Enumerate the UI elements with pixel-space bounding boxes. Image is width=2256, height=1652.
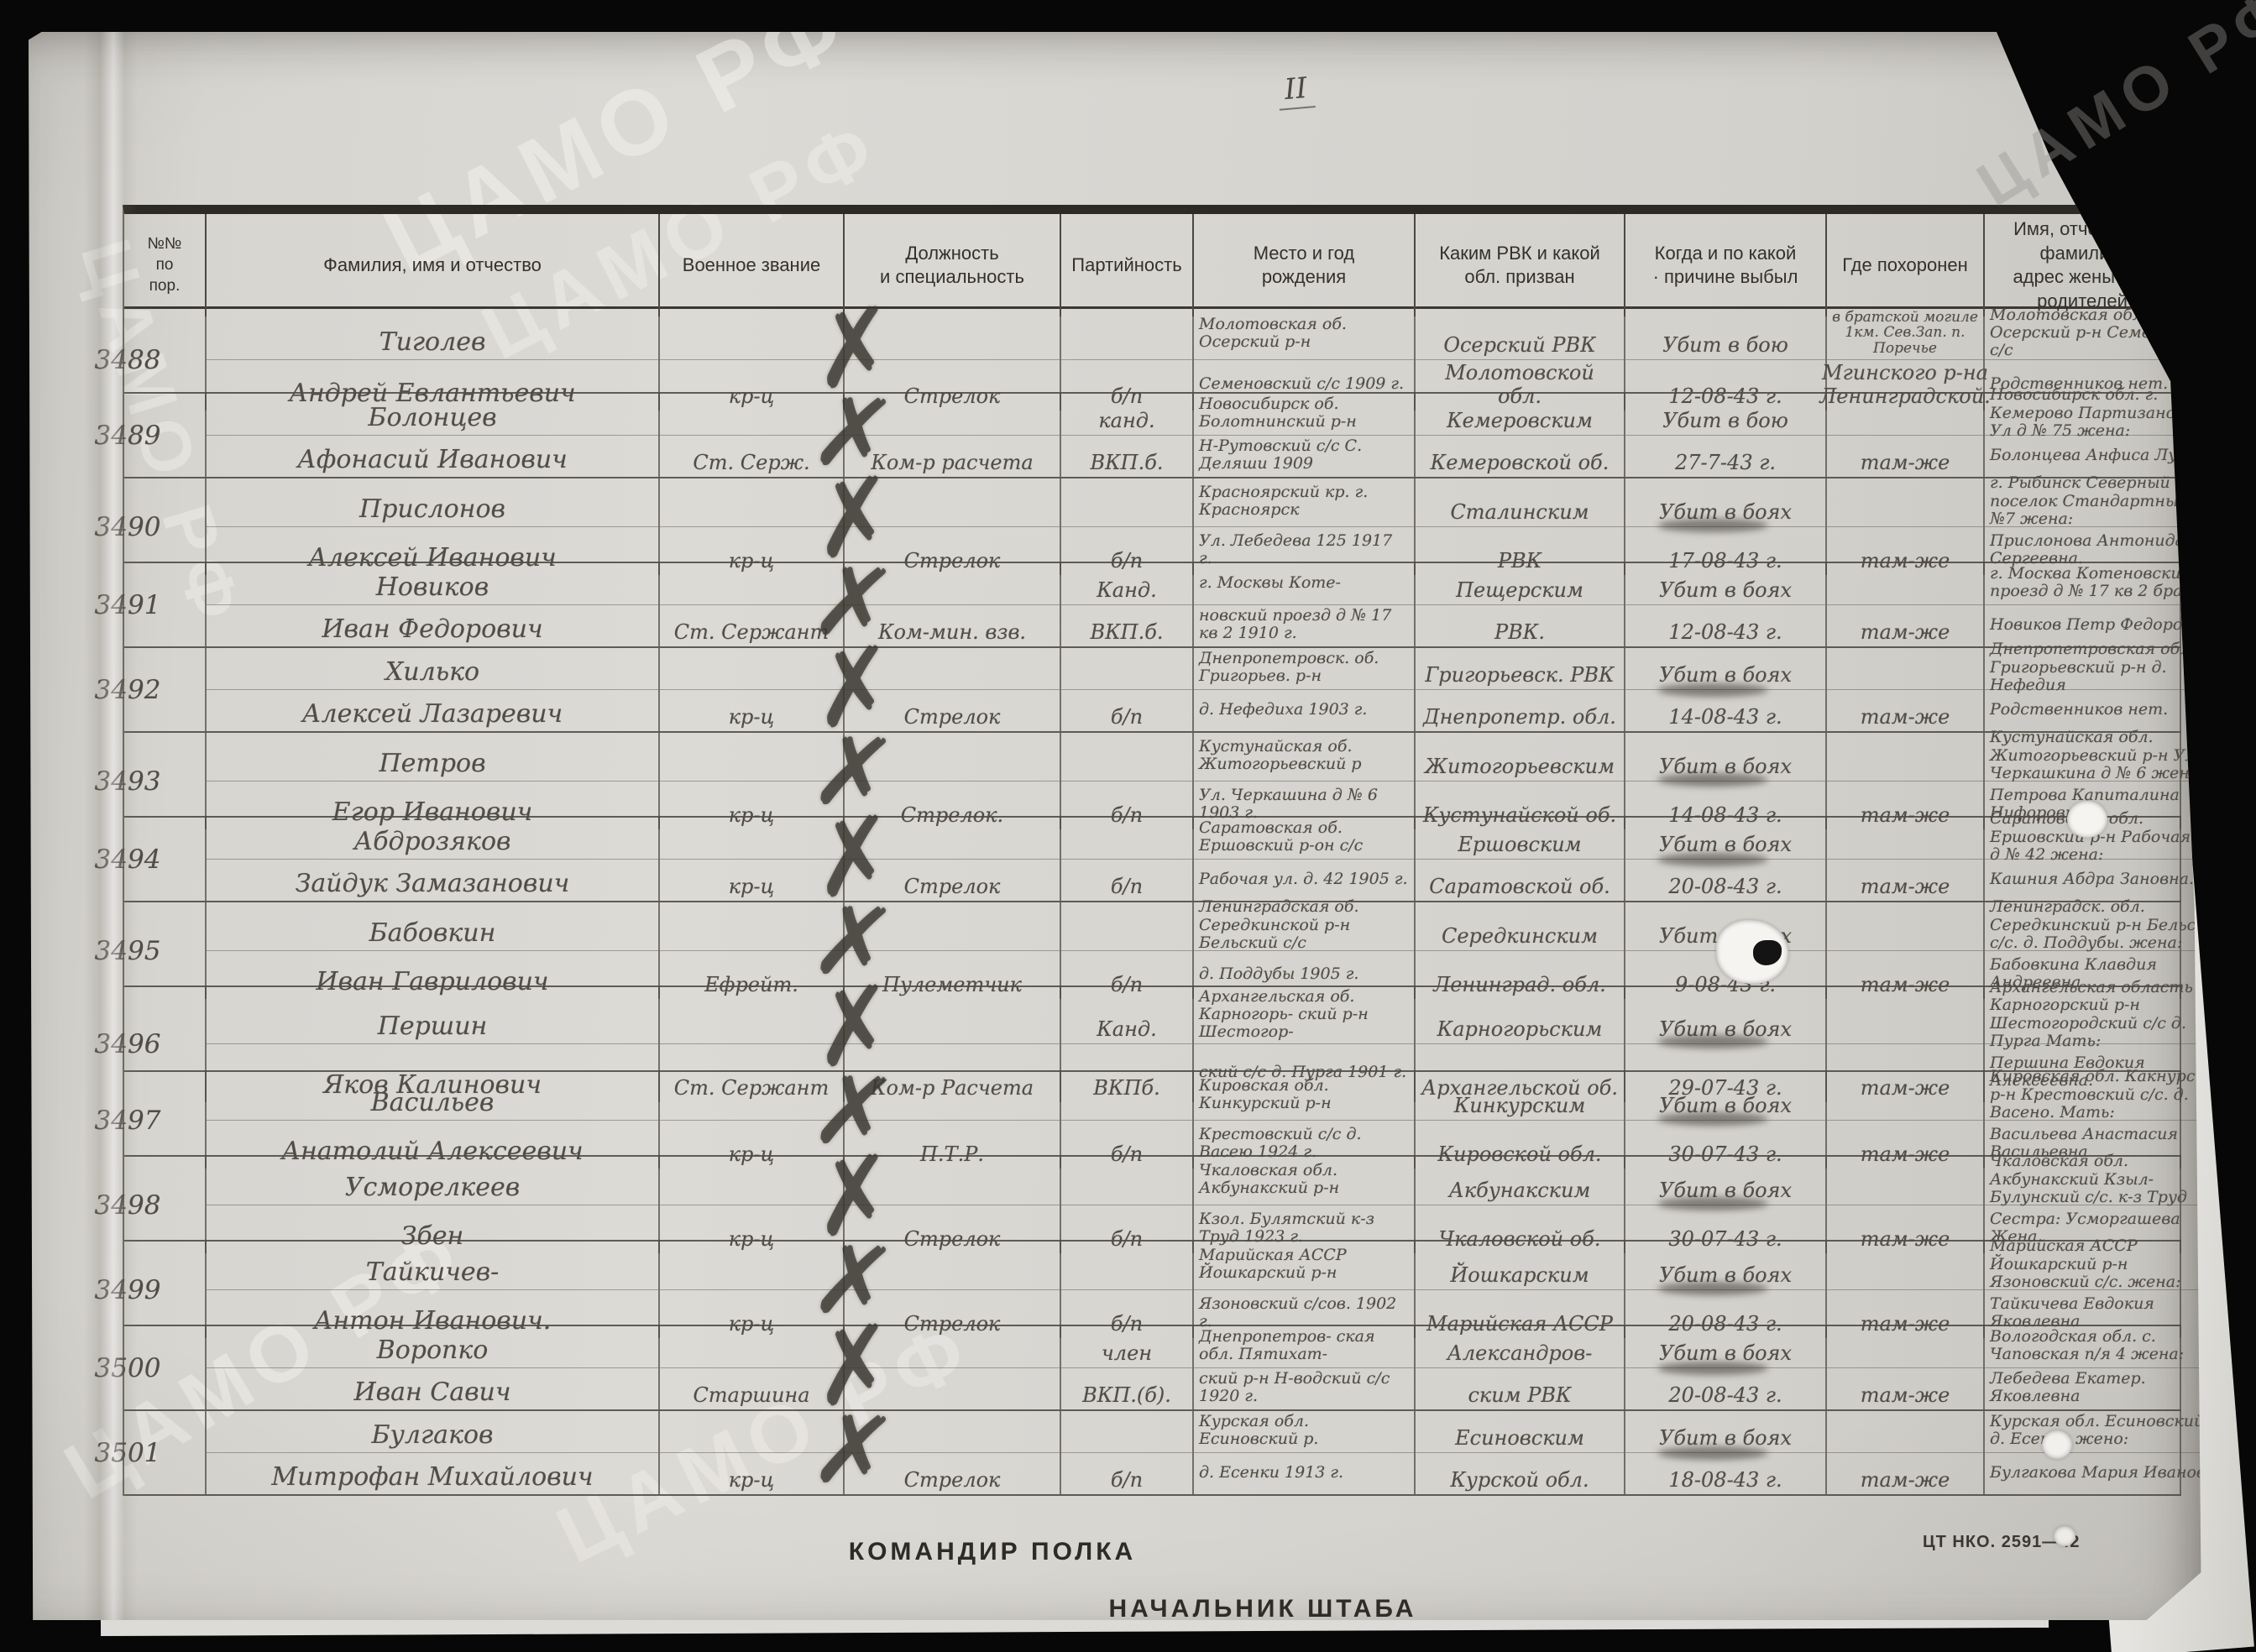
burial-line1: [1827, 733, 1983, 782]
family-line1: Саратовская обл. Ершовский р-н Рабочая У…: [1985, 818, 2234, 860]
row-number-cell: 3500: [124, 1326, 207, 1409]
party-line2: ВКП.б.: [1061, 605, 1192, 647]
name-cell: Тайкичев- Антон Иванович.: [207, 1242, 660, 1338]
footer-commander-label: КОМАНДИР ПОЛКА: [757, 1538, 1227, 1566]
table-row: 3490 Прислонов Алексей Иванович кр-ц ✗ С…: [124, 478, 2181, 563]
pencil-smudge: [1657, 853, 1768, 866]
name-cell: Новиков Иван Федорович: [207, 563, 660, 646]
rank: Ст. Сержант: [660, 605, 843, 647]
party-line1: [1061, 1072, 1192, 1121]
rvk-line1: Александров-: [1416, 1326, 1624, 1368]
birthplace-line1: Архангельская об. Карногорь- ский р-н Ше…: [1194, 987, 1414, 1044]
position-cell: ✗ Стрелок: [845, 1242, 1061, 1338]
birthplace-cell: Красноярский кр. г. Красноярск Ул. Лебед…: [1194, 478, 1416, 575]
surname: Булгаков: [207, 1411, 658, 1453]
birthplace-line1: Курская обл. Есиновский р.: [1194, 1411, 1414, 1453]
row-number-cell: 3490: [124, 478, 207, 575]
rvk-line2: Курской обл.: [1416, 1453, 1624, 1495]
party-cell: б/п: [1061, 1242, 1194, 1338]
punch-hole: [2055, 133, 2092, 166]
party-cell: б/п: [1061, 648, 1194, 731]
name-cell: Булгаков Митрофан Михайлович: [207, 1411, 660, 1494]
birthplace-cell: Кустунайская об. Житогорьевский р Ул. Че…: [1194, 733, 1416, 829]
rvk-line1: Житогорьевским: [1416, 733, 1624, 782]
rvk-line1: Пещерским: [1416, 563, 1624, 605]
birthplace-cell: Новосибирск об. Болотнинский р-н Н-Рутов…: [1194, 394, 1416, 477]
rvk-line2: ским РВК: [1416, 1368, 1624, 1410]
position: [845, 1368, 1060, 1410]
birthplace-line1: Саратовская об. Ершовский р-он с/с: [1194, 818, 1414, 860]
rvk-cell: Кинкурским Кировской обл.: [1416, 1072, 1625, 1168]
burial-cell: там-же: [1827, 902, 1985, 999]
row-number: 3494: [95, 844, 161, 875]
family-line2: Лебедева Екатер. Яковлевна: [1985, 1368, 2234, 1410]
surname: Васильев: [207, 1072, 658, 1121]
position-cell: ✗ Пулеметчик: [845, 902, 1061, 999]
family-line1: Чкаловская обл. Акбунакский Кзыл-Булунск…: [1985, 1157, 2234, 1205]
given-name: Зайдук Замазанович: [207, 860, 658, 902]
burial-cell: там-же: [1827, 818, 1985, 901]
birthplace-cell: Ленинградская об. Середкинской р-н Бельс…: [1194, 902, 1416, 999]
party-line1: канд.: [1061, 394, 1192, 436]
row-number-cell: 3495: [124, 902, 207, 999]
birthplace-cell: Днепропетров- ская обл. Пятихат- ский р-…: [1194, 1326, 1416, 1409]
burial-line1: [1827, 648, 1983, 690]
burial-cell: там-же: [1827, 1411, 1985, 1494]
pencil-smudge: [1657, 1446, 1768, 1460]
surname: Першин: [207, 987, 658, 1044]
row-number-cell: 3498: [124, 1157, 207, 1253]
row-number-cell: 3489: [124, 394, 207, 477]
party-cell: Канд. ВКП.б.: [1061, 563, 1194, 646]
column-header: №№ по пор.: [124, 214, 207, 316]
family-line1: Вологодская обл. с. Чаповская п/я 4 жена…: [1985, 1326, 2234, 1368]
row-number: 3493: [95, 766, 161, 797]
burial-cell: там-же: [1827, 1242, 1985, 1338]
surname: Бабовкин: [207, 902, 658, 951]
fate-cell: Убит в боях 14-08-43 г.: [1625, 733, 1827, 829]
party-line2: б/п: [1061, 860, 1192, 902]
family-line1: г. Москва Котеновский проезд д № 17 кв 2…: [1985, 563, 2234, 605]
punch-hole: [2067, 801, 2107, 838]
row-number: 3492: [95, 675, 161, 705]
birthplace-cell: Курская обл. Есиновский р. д. Есенки 191…: [1194, 1411, 1416, 1494]
birthplace-line1: Кустунайская об. Житогорьевский р: [1194, 733, 1414, 782]
row-number: 3489: [95, 421, 161, 451]
rvk-line2: РВК.: [1416, 605, 1624, 647]
column-header: Место и год рождения: [1194, 214, 1416, 316]
party-line1: [1061, 478, 1192, 527]
surname: Хилько: [207, 648, 658, 690]
column-header: Каким РВК и какой обл. призван: [1416, 214, 1625, 316]
name-cell: Хилько Алексей Лазаревич: [207, 648, 660, 731]
surname: Прислонов: [207, 478, 658, 527]
surname: Воропко: [207, 1326, 658, 1368]
family-cell: Вологодская обл. с. Чаповская п/я 4 жена…: [1985, 1326, 2181, 1409]
party-line1: [1061, 1157, 1192, 1205]
table-header-row: №№ по пор.Фамилия, имя и отчествоВоенное…: [124, 214, 2181, 309]
punch-hole: [2042, 1430, 2072, 1459]
rank-cell: кр-ц: [660, 818, 845, 901]
row-number-cell: 3491: [124, 563, 207, 646]
burial-line2: там-же: [1827, 605, 1983, 647]
rvk-cell: Сталинским РВК: [1416, 478, 1625, 575]
surname: Новиков: [207, 563, 658, 605]
burial-cell: там-же: [1827, 1072, 1985, 1168]
row-number-cell: 3501: [124, 1411, 207, 1494]
row-number: 3495: [95, 936, 161, 966]
row-number-cell: 3494: [124, 818, 207, 901]
fate-cell: Убит в боях 20-08-43 г.: [1625, 1326, 1827, 1409]
table-row: 3500 Воропко Иван Савич Старшина ✗ член …: [124, 1326, 2181, 1411]
fate-cell: Убит в боях 18-08-43 г.: [1625, 1411, 1827, 1494]
fate-line2: 27-7-43 г.: [1625, 436, 1825, 478]
row-number: 3499: [95, 1275, 161, 1305]
party-line1: [1061, 1242, 1192, 1290]
position-cell: ✗ Стрелок: [845, 648, 1061, 731]
name-cell: Васильев Анатолий Алексеевич: [207, 1072, 660, 1168]
party-cell: б/п: [1061, 1157, 1194, 1253]
row-number: 3497: [95, 1106, 161, 1136]
table-row: 3496 Першин Яков Калинович Ст. Сержант ✗…: [124, 987, 2181, 1072]
rvk-line1: Есиновским: [1416, 1411, 1624, 1453]
burial-line1: [1827, 1242, 1983, 1290]
name-cell: Петров Егор Иванович: [207, 733, 660, 829]
rank-cell: Ефрейт.: [660, 902, 845, 999]
family-line1: Днепропетровская обл. Григорьевский р-н …: [1985, 648, 2234, 690]
fate-cell: Убит в боях 30-07-43 г.: [1625, 1072, 1827, 1168]
rvk-line2: Днепропетр. обл.: [1416, 690, 1624, 732]
surname: Тайкичев-: [207, 1242, 658, 1290]
burial-line1: в братской могиле 1км. Сев.Зап. п. Пореч…: [1827, 309, 1983, 360]
rvk-line1: Григорьевск. РВК: [1416, 648, 1624, 690]
rank: кр-ц: [660, 860, 843, 902]
rvk-cell: Пещерским РВК.: [1416, 563, 1625, 646]
position: Стрелок: [845, 1453, 1060, 1495]
fate-line2: 12-08-43 г.: [1625, 605, 1825, 647]
birthplace-line1: Чкаловская обл. Акбунакский р-н: [1194, 1157, 1414, 1205]
rank-cell: кр-ц: [660, 1072, 845, 1168]
burial-line1: [1827, 902, 1983, 951]
row-number: 3498: [95, 1190, 161, 1221]
row-number-cell: 3492: [124, 648, 207, 731]
scanned-page-background: ЦАМО РФ ЦАМО РФ ЦАМО РФ ЦАМО РФ ЦАМО РФ …: [0, 0, 2256, 1652]
rank: Ст. Серж.: [660, 436, 843, 478]
rvk-cell: Григорьевск. РВК Днепропетр. обл.: [1416, 648, 1625, 731]
column-header: Фамилия, имя и отчество: [207, 214, 660, 316]
burial-line1: [1827, 1157, 1983, 1205]
burial-line2: там-же: [1827, 1368, 1983, 1410]
footer-chief-of-staff-label: НАЧАЛЬНИК ШТАБА: [1028, 1595, 1498, 1623]
rvk-cell: Есиновским Курской обл.: [1416, 1411, 1625, 1494]
birthplace-line1: Днепропетровск. об. Григорьев. р-н: [1194, 648, 1414, 690]
row-number: 3491: [95, 590, 161, 620]
party-line1: член: [1061, 1326, 1192, 1368]
rvk-cell: Александров- ским РВК: [1416, 1326, 1625, 1409]
table-row: 3492 Хилько Алексей Лазаревич кр-ц ✗ Стр…: [124, 648, 2181, 733]
party-line1: [1061, 818, 1192, 860]
rvk-line1: Середкинским: [1416, 902, 1624, 951]
party-line1: Канд.: [1061, 563, 1192, 605]
rvk-line1: Осерский РВК: [1416, 309, 1624, 360]
family-line2: Булгакова Мария Ивановна: [1985, 1453, 2234, 1495]
birthplace-cell: Саратовская об. Ершовский р-он с/с Рабоч…: [1194, 818, 1416, 901]
party-line1: [1061, 309, 1192, 360]
family-line1: Марийская АССР Йошкарский р-н Язоновский…: [1985, 1242, 2234, 1290]
name-cell: Абдрозяков Зайдук Замазанович: [207, 818, 660, 901]
position: Ком-р расчета: [845, 436, 1060, 478]
family-cell: Новосибирск обл. г. Кемерово Партизанска…: [1985, 394, 2181, 477]
party-line1: [1061, 733, 1192, 782]
family-cell: Курская обл. Есиновский р. д. Есенки жен…: [1985, 1411, 2181, 1494]
burial-cell: там-же: [1827, 394, 1985, 477]
burial-cell: там-же: [1827, 478, 1985, 575]
family-line1: Кустунайская обл. Житогорьевский р-н Ул.…: [1985, 733, 2234, 782]
burial-line1: [1827, 1411, 1983, 1453]
row-number: 3488: [95, 345, 161, 375]
name-cell: Болонцев Афонасий Иванович: [207, 394, 660, 477]
burial-line1: [1827, 1072, 1983, 1121]
table-row: 3489 Болонцев Афонасий Иванович Ст. Серж…: [124, 394, 2181, 478]
table-row: 3493 Петров Егор Иванович кр-ц ✗ Стрелок…: [124, 733, 2181, 818]
column-header: Военное звание: [660, 214, 845, 316]
rank-cell: кр-ц: [660, 478, 845, 575]
position-cell: ✗ Стрелок: [845, 478, 1061, 575]
row-number: 3501: [95, 1438, 161, 1468]
rvk-cell: Йошкарским Марийская АССР: [1416, 1242, 1625, 1338]
family-line1: г. Рыбинск Северный поселок Стандартный …: [1985, 478, 2234, 527]
party-cell: б/п: [1061, 478, 1194, 575]
table-row: 3494 Абдрозяков Зайдук Замазанович кр-ц …: [124, 818, 2181, 902]
surname: Тиголев: [207, 309, 658, 360]
page-number-mark: II: [1276, 71, 1316, 111]
family-cell: г. Рыбинск Северный поселок Стандартный …: [1985, 478, 2181, 575]
birthplace-line2: ский р-н Н-водский с/с 1920 г.: [1194, 1368, 1414, 1410]
rvk-cell: Ершовским Саратовской об.: [1416, 818, 1625, 901]
burial-line1: [1827, 1326, 1983, 1368]
birthplace-cell: г. Москвы Коте- новский проезд д № 17 кв…: [1194, 563, 1416, 646]
row-number: 3496: [95, 1029, 161, 1059]
column-header: Партийность: [1061, 214, 1194, 316]
position-cell: ✗: [845, 1326, 1061, 1409]
rank-cell: Ст. Сержант: [660, 563, 845, 646]
fate-line1: Убит в бою: [1625, 394, 1825, 436]
burial-line1: [1827, 394, 1983, 436]
rank: кр-ц: [660, 1453, 843, 1495]
birthplace-cell: Днепропетровск. об. Григорьев. р-н д. Не…: [1194, 648, 1416, 731]
position: Стрелок: [845, 690, 1060, 732]
party-cell: член ВКП.(б).: [1061, 1326, 1194, 1409]
birthplace-cell: Чкаловская обл. Акбунакский р-н Кзол. Бу…: [1194, 1157, 1416, 1253]
party-cell: б/п: [1061, 902, 1194, 999]
row-number: 3500: [95, 1353, 161, 1383]
birthplace-line1: Красноярский кр. г. Красноярск: [1194, 478, 1414, 527]
table-row: 3499 Тайкичев- Антон Иванович. кр-ц ✗ Ст…: [124, 1242, 2181, 1326]
table-body: 3488 Тиголев Андрей Евлантьевич кр-ц ✗ С…: [124, 309, 2181, 1496]
pencil-smudge: [1657, 683, 1768, 697]
row-number: 3490: [95, 512, 161, 542]
row-number-cell: 3499: [124, 1242, 207, 1338]
fate-cell: Убит в боях 14-08-43 г.: [1625, 648, 1827, 731]
surname: Усморелкеев: [207, 1157, 658, 1205]
birthplace-line1: Марийская АССР Йошкарский р-н: [1194, 1242, 1414, 1290]
table-row: 3491 Новиков Иван Федорович Ст. Сержант …: [124, 563, 2181, 648]
birthplace-cell: Марийская АССР Йошкарский р-н Язоновский…: [1194, 1242, 1416, 1338]
name-cell: Воропко Иван Савич: [207, 1326, 660, 1409]
rvk-line1: Акбунакским: [1416, 1157, 1624, 1205]
name-cell: Усморелкеев Збен: [207, 1157, 660, 1253]
table-row: 3498 Усморелкеев Збен кр-ц ✗ Стрелок б/п…: [124, 1157, 2181, 1242]
fate-cell: Убит в боях 12-08-43 г.: [1625, 563, 1827, 646]
burial-line1: [1827, 478, 1983, 527]
rvk-cell: Акбунакским Чкаловской об.: [1416, 1157, 1625, 1253]
punch-hole: [2054, 1526, 2075, 1546]
given-name: Иван Федорович: [207, 605, 658, 647]
party-line1: [1061, 648, 1192, 690]
family-line2: Родственников нет.: [1985, 690, 2234, 732]
birthplace-line2: д. Есенки 1913 г.: [1194, 1453, 1414, 1495]
casualty-table: №№ по пор.Фамилия, имя и отчествоВоенное…: [123, 205, 2181, 1496]
fate-cell: Убит в бою 27-7-43 г.: [1625, 394, 1827, 477]
position: Стрелок: [845, 860, 1060, 902]
position-cell: ✗ Ком-мин. взв.: [845, 563, 1061, 646]
position: Ком-мин. взв.: [845, 605, 1060, 647]
table-row: 3488 Тиголев Андрей Евлантьевич кр-ц ✗ С…: [124, 309, 2181, 394]
rank-cell: кр-ц: [660, 648, 845, 731]
burial-line2: там-же: [1827, 436, 1983, 478]
family-line1: Молотовская обл. Осерский р-н Семеновски…: [1985, 309, 2234, 360]
burial-cell: там-же: [1827, 648, 1985, 731]
burial-cell: там-же: [1827, 733, 1985, 829]
fate-line1: Убит в боях: [1625, 563, 1825, 605]
column-header: Когда и по какой · причине выбыл: [1625, 214, 1827, 316]
family-line1: Новосибирск обл. г. Кемерово Партизанска…: [1985, 394, 2234, 436]
burial-cell: там-же: [1827, 1157, 1985, 1253]
name-cell: Прислонов Алексей Иванович: [207, 478, 660, 575]
table-row: 3501 Булгаков Митрофан Михайлович кр-ц ✗…: [124, 1411, 2181, 1496]
rvk-line1: Карногорьским: [1416, 987, 1624, 1044]
birthplace-line1: Новосибирск об. Болотнинский р-н: [1194, 394, 1414, 436]
burial-line1: [1827, 818, 1983, 860]
torn-hole-shadow: [1753, 940, 1782, 965]
rvk-cell: Житогорьевским Кустунайской об.: [1416, 733, 1625, 829]
torn-hole: [1716, 920, 1788, 984]
family-cell: г. Москва Котеновский проезд д № 17 кв 2…: [1985, 563, 2181, 646]
fate-line1: Убит в бою: [1625, 309, 1825, 360]
column-header: Где похоронен: [1827, 214, 1985, 316]
party-line1: [1061, 902, 1192, 951]
name-cell: Бабовкин Иван Гаврилович: [207, 902, 660, 999]
party-cell: б/п: [1061, 818, 1194, 901]
surname: Болонцев: [207, 394, 658, 436]
family-line1: Курская обл. Есиновский р. д. Есенки жен…: [1985, 1411, 2234, 1453]
surname: Петров: [207, 733, 658, 782]
burial-line1: [1827, 987, 1983, 1044]
given-name: Афонасий Иванович: [207, 436, 658, 478]
rank-cell: кр-ц: [660, 1242, 845, 1338]
rank-cell: Старшина: [660, 1326, 845, 1409]
birthplace-line2: д. Нефедиха 1903 г.: [1194, 690, 1414, 732]
rvk-line1: Йошкарским: [1416, 1242, 1624, 1290]
family-line2: Болонцева Анфиса Лукин.: [1985, 436, 2234, 478]
position-cell: ✗ Стрелок: [845, 1411, 1061, 1494]
burial-line2: там-же: [1827, 1453, 1983, 1495]
fate-cell: Убит в боях 20-08-43 г.: [1625, 818, 1827, 901]
birthplace-line1: Кировская обл. Кинкурский р-н: [1194, 1072, 1414, 1121]
fate-cell: Убит в боях 17-08-43 г.: [1625, 478, 1827, 575]
party-line1: [1061, 1411, 1192, 1453]
paper-sheet: ЦАМО РФ ЦАМО РФ ЦАМО РФ ЦАМО РФ ЦАМО РФ …: [29, 32, 2203, 1620]
rank-cell: кр-ц: [660, 733, 845, 829]
birthplace-cell: Кировская обл. Кинкурский р-н Крестовски…: [1194, 1072, 1416, 1168]
column-header: Имя, отчество и фамилия, адрес жены или …: [1985, 214, 2181, 316]
party-line2: ВКП.б.: [1061, 436, 1192, 478]
rank: Старшина: [660, 1368, 843, 1410]
column-header: Должность и специальность: [845, 214, 1061, 316]
fate-cell: Убит в боях 30-07-43 г.: [1625, 1157, 1827, 1253]
rvk-cell: Кемеровским Кемеровской об.: [1416, 394, 1625, 477]
position-cell: ✗ Ком-р расчета: [845, 394, 1061, 477]
burial-cell: там-же: [1827, 1326, 1985, 1409]
rvk-line2: Саратовской об.: [1416, 860, 1624, 902]
rvk-cell: Середкинским Ленинград. обл.: [1416, 902, 1625, 999]
birthplace-line1: г. Москвы Коте-: [1194, 563, 1414, 605]
burial-line2: там-же: [1827, 860, 1983, 902]
rvk-line1: Кинкурским: [1416, 1072, 1624, 1121]
party-cell: б/п: [1061, 1411, 1194, 1494]
pencil-smudge: [1657, 1362, 1768, 1375]
row-number-cell: 3493: [124, 733, 207, 829]
party-line2: б/п: [1061, 1453, 1192, 1495]
position-cell: ✗ П.Т.Р.: [845, 1072, 1061, 1168]
rvk-line1: Сталинским: [1416, 478, 1624, 527]
party-cell: канд. ВКП.б.: [1061, 394, 1194, 477]
burial-line2: там-же: [1827, 690, 1983, 732]
family-cell: Марийская АССР Йошкарский р-н Язоновский…: [1985, 1242, 2181, 1338]
birthplace-line2: новский проезд д № 17 кв 2 1910 г.: [1194, 605, 1414, 647]
rvk-line2: Кемеровской об.: [1416, 436, 1624, 478]
family-cell: Днепропетровская обл. Григорьевский р-н …: [1985, 648, 2181, 731]
rank: кр-ц: [660, 690, 843, 732]
family-line2: Кашния Абдра Зановна.: [1985, 860, 2234, 902]
rank-cell: Ст. Серж.: [660, 394, 845, 477]
table-row: 3495 Бабовкин Иван Гаврилович Ефрейт. ✗ …: [124, 902, 2181, 987]
given-name: Митрофан Михайлович: [207, 1453, 658, 1495]
fate-cell: Убит в боях 20-08-43 г.: [1625, 1242, 1827, 1338]
rank-cell: кр-ц: [660, 1157, 845, 1253]
row-number-cell: 3497: [124, 1072, 207, 1168]
rank-cell: кр-ц: [660, 1411, 845, 1494]
birthplace-line2: Н-Рутовский с/с С. Деляши 1909: [1194, 436, 1414, 478]
birthplace-line1: Ленинградская об. Середкинской р-н Бельс…: [1194, 902, 1414, 951]
given-name: Иван Савич: [207, 1368, 658, 1410]
burial-line1: [1827, 563, 1983, 605]
given-name: Алексей Лазаревич: [207, 690, 658, 732]
party-line2: ВКП.(б).: [1061, 1368, 1192, 1410]
birthplace-line2: Рабочая ул. д. 42 1905 г.: [1194, 860, 1414, 902]
table-row: 3497 Васильев Анатолий Алексеевич кр-ц ✗…: [124, 1072, 2181, 1157]
party-line2: б/п: [1061, 690, 1192, 732]
burial-cell: там-же: [1827, 563, 1985, 646]
party-cell: б/п: [1061, 1072, 1194, 1168]
position-cell: ✗ Стрелок: [845, 818, 1061, 901]
rvk-line1: Ершовским: [1416, 818, 1624, 860]
position-cell: ✗ Стрелок.: [845, 733, 1061, 829]
birthplace-line1: Днепропетров- ская обл. Пятихат-: [1194, 1326, 1414, 1368]
party-line1: Канд.: [1061, 987, 1192, 1044]
party-cell: б/п: [1061, 733, 1194, 829]
position-cell: ✗ Стрелок: [845, 1157, 1061, 1253]
